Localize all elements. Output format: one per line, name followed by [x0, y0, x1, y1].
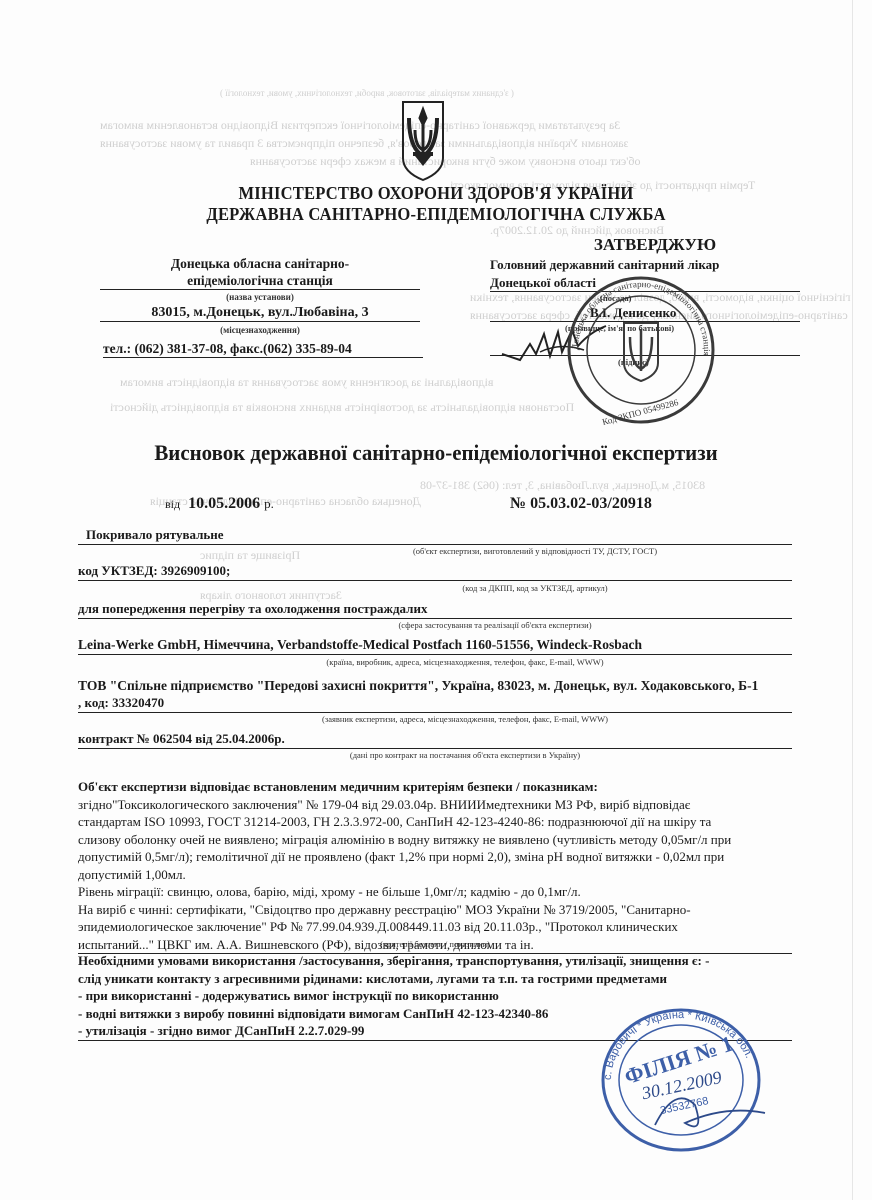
official-seal-icon: Донецька обласна санітарно-епідеміологіч… — [566, 275, 716, 425]
institution-phones: тел.: (062) 381-37-08, факс.(062) 335-89… — [103, 341, 423, 358]
field-code: код УКТЗЕД: 3926909100; — [78, 563, 792, 581]
criteria-line: эпидемиологическое заключение" РФ № 77.9… — [78, 918, 798, 936]
field-applicant-line2: , код: 33320470 — [78, 695, 792, 713]
bleed-through-text: відповідальні за досягнення умов застосу… — [120, 375, 494, 390]
field-scope: для попередження перегріву та охолодженн… — [78, 601, 792, 619]
field-applicant-caption: (заявник експертизи, адреса, місцезнаход… — [78, 714, 792, 724]
field-contract-caption: (дані про контракт на постачання об'єкта… — [78, 750, 792, 760]
institution-address: 83015, м.Донецьк, вул.Любавіна, 3 — [100, 305, 420, 322]
bleed-through-text: 83015, м.Донецьк, вул.Любавіна, 3, тел: … — [420, 478, 705, 493]
bleed-through-text: За результатами державної санітарно-епід… — [100, 118, 620, 133]
bleed-through-text: об'єкт цього висновку може бути використ… — [250, 154, 640, 169]
criteria-line: Рівень міграції: свинцю, олова, барію, м… — [78, 883, 798, 901]
criteria-heading: Об'єкт експертизи відповідає встановлени… — [78, 778, 798, 796]
conditions-line: - при використанні - додержуватись вимог… — [78, 987, 798, 1005]
trident-crest-icon — [401, 100, 445, 182]
document-number: № 05.03.02-03/20918 — [510, 495, 652, 513]
field-contract: контракт № 062504 від 25.04.2006р. — [78, 731, 792, 749]
conditions-line: слід уникати контакту з агресивними ріди… — [78, 970, 798, 988]
approval-heading: ЗАТВЕРДЖУЮ — [490, 235, 820, 255]
criteria-section: Об'єкт експертизи відповідає встановлени… — [78, 778, 798, 954]
institution-name-line1: Донецька обласна санітарно- — [100, 256, 420, 272]
bleed-through-text: ( з'єднаних матеріалів, заготовок, вироб… — [220, 88, 514, 98]
institution-name-line2: епідеміологічна станція — [100, 273, 420, 290]
page-edge — [852, 0, 853, 1200]
field-manufacturer: Leina-Werke GmbH, Німеччина, Verbandstof… — [78, 637, 792, 655]
criteria-line: стандартам ISO 10993, ГОСТ 31214-2003, Г… — [78, 813, 798, 831]
date-suffix: р. — [264, 496, 274, 511]
field-scope-caption: (сфера застосування та реалізації об'єкт… — [78, 620, 792, 630]
date-value: 10.05.2006 — [188, 495, 260, 512]
field-manufacturer-caption: (країна, виробник, адреса, місцезнаходже… — [78, 657, 792, 667]
criteria-caption: (критерії безпеки / показники) — [78, 939, 792, 949]
ministry-title: МІНІСТЕРСТВО ОХОРОНИ ЗДОРОВ'Я УКРАЇНИ — [35, 183, 837, 204]
conditions-heading: Необхідними умовами використання /застос… — [78, 952, 798, 970]
criteria-line: згідно"Токсикологического заключения" № … — [78, 796, 798, 814]
document-date: від 10.05.2006 р. — [165, 495, 274, 513]
institution-address-caption: (місцезнаходження) — [100, 325, 420, 335]
criteria-line: На виріб є чинні: сертифікати, "Свідоцтв… — [78, 901, 798, 919]
copy-stamp-icon: с. Варовичі * Україна * Київська обл. ФІ… — [595, 1005, 770, 1155]
date-prefix: від — [165, 497, 180, 511]
bleed-through-text: законами України відповідальними за здор… — [100, 136, 628, 151]
field-code-caption: (код за ДКПП, код за УКТЗЕД, артикул) — [78, 583, 792, 593]
service-title: ДЕРЖАВНА САНІТАРНО-ЕПІДЕМІОЛОГІЧНА СЛУЖБ… — [35, 204, 837, 225]
field-applicant-line1: ТОВ "Спільне підприємство "Передові захи… — [78, 678, 758, 694]
criteria-line: допустимій 1,00мл. — [78, 866, 798, 884]
document-title: Висновок державної санітарно-епідеміолог… — [22, 440, 850, 466]
approval-position-line1: Головний державний санітарний лікар — [490, 257, 820, 273]
institution-name-caption: (назва установи) — [100, 292, 420, 302]
field-object: Покривало рятувальне — [78, 527, 792, 545]
bleed-through-text: Постанови відповідальність за достовірні… — [110, 400, 574, 415]
field-object-caption: (об'єкт експертизи, виготовлений у відпо… — [78, 546, 792, 556]
criteria-line: слизову оболонку очей не виявлено; мігра… — [78, 831, 798, 849]
criteria-line: допустимій 0,5мг/л); гемолітичної дії не… — [78, 848, 798, 866]
